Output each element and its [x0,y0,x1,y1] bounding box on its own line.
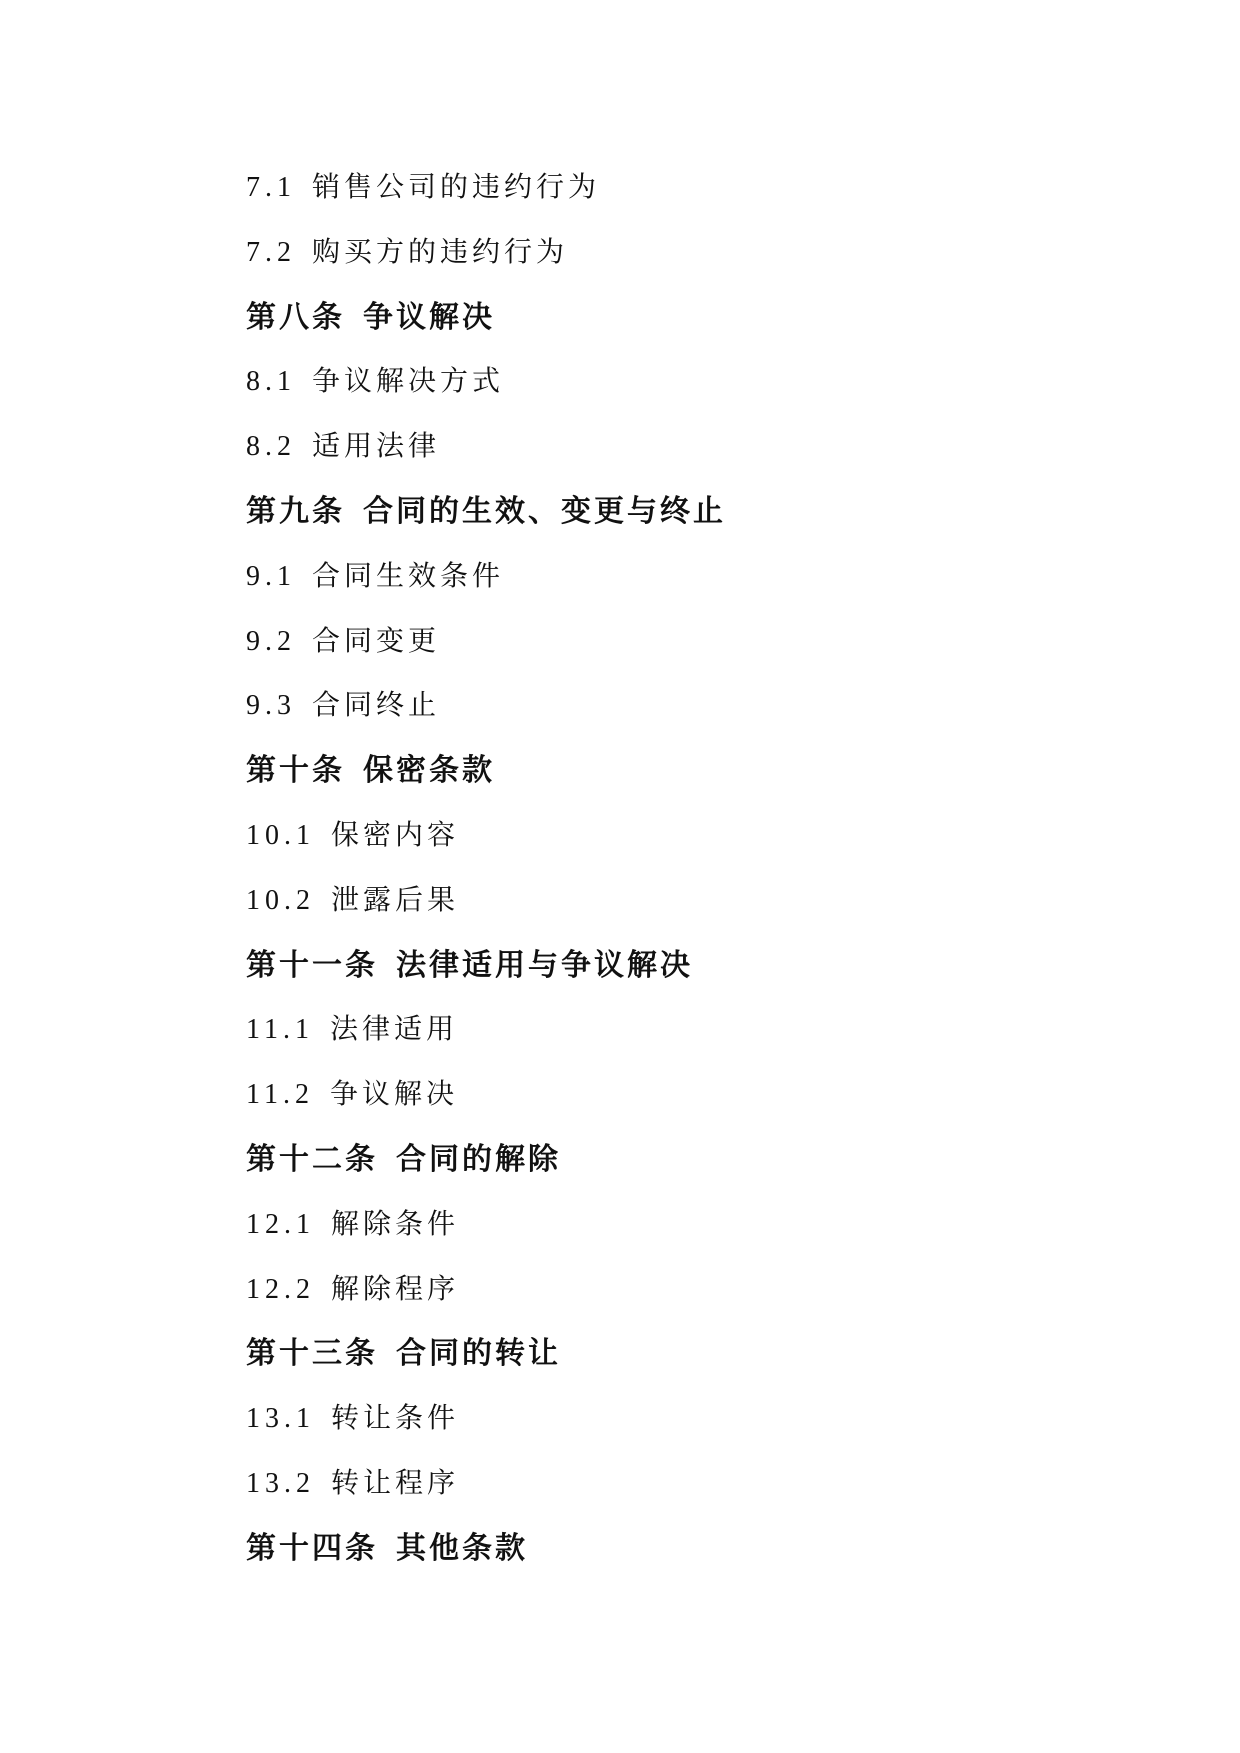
toc-item-title: 适用法律 [312,431,440,462]
toc-heading-number: 第九条 [246,495,345,528]
toc-item-number: 10.2 [246,885,315,916]
toc-heading-number: 第十二条 [246,1143,378,1176]
toc-heading-number: 第十三条 [246,1337,378,1370]
table-of-contents: 7.1销售公司的违约行为 7.2购买方的违约行为 第八条争议解决 8.1争议解决… [246,156,1180,1582]
toc-item: 9.3合同终止 [246,674,1180,739]
toc-item: 8.2适用法律 [246,415,1180,480]
toc-heading-title: 合同的解除 [396,1143,561,1176]
toc-item-number: 7.1 [246,172,296,203]
toc-item-title: 泄露后果 [331,885,459,916]
toc-item: 12.2解除程序 [246,1258,1180,1323]
toc-item-title: 保密内容 [331,820,459,851]
toc-section-heading: 第九条合同的生效、变更与终止 [246,480,1180,545]
toc-heading-title: 争议解决 [363,301,495,334]
toc-item-title: 购买方的违约行为 [312,237,568,268]
toc-item: 13.2转让程序 [246,1452,1180,1517]
toc-section-heading: 第十二条合同的解除 [246,1128,1180,1193]
toc-item-number: 7.2 [246,237,296,268]
toc-item-title: 转让程序 [331,1468,459,1499]
toc-item-title: 争议解决方式 [312,366,504,397]
toc-item: 9.2合同变更 [246,610,1180,675]
toc-heading-number: 第八条 [246,301,345,334]
toc-section-heading: 第十条保密条款 [246,739,1180,804]
toc-heading-title: 保密条款 [363,754,495,787]
toc-item-title: 转让条件 [331,1403,459,1434]
toc-heading-title: 合同的转让 [396,1337,561,1370]
toc-item: 11.1法律适用 [246,998,1180,1063]
toc-item-title: 解除条件 [331,1209,459,1240]
toc-heading-title: 法律适用与争议解决 [396,949,693,982]
toc-item-title: 合同生效条件 [312,561,504,592]
toc-heading-number: 第十条 [246,754,345,787]
toc-item-title: 销售公司的违约行为 [312,172,600,203]
toc-item-title: 法律适用 [330,1014,458,1045]
toc-item: 12.1解除条件 [246,1193,1180,1258]
toc-item: 7.2购买方的违约行为 [246,221,1180,286]
toc-heading-title: 合同的生效、变更与终止 [363,495,726,528]
document-page: 7.1销售公司的违约行为 7.2购买方的违约行为 第八条争议解决 8.1争议解决… [0,0,1240,1753]
toc-item-title: 争议解决 [330,1079,458,1110]
toc-item: 8.1争议解决方式 [246,350,1180,415]
toc-heading-number: 第十四条 [246,1532,378,1565]
toc-item-number: 9.1 [246,561,296,592]
toc-item-number: 9.3 [246,690,296,721]
toc-item-title: 解除程序 [331,1274,459,1305]
toc-item-title: 合同终止 [312,690,440,721]
toc-section-heading: 第十一条法律适用与争议解决 [246,934,1180,999]
toc-heading-number: 第十一条 [246,949,378,982]
toc-section-heading: 第十四条其他条款 [246,1517,1180,1582]
toc-item: 9.1合同生效条件 [246,545,1180,610]
toc-item: 10.2泄露后果 [246,869,1180,934]
toc-item-number: 12.1 [246,1209,315,1240]
toc-item: 7.1销售公司的违约行为 [246,156,1180,221]
toc-heading-title: 其他条款 [396,1532,528,1565]
toc-item-number: 13.2 [246,1468,315,1499]
toc-item-number: 10.1 [246,820,315,851]
toc-item-number: 12.2 [246,1274,315,1305]
toc-item: 10.1保密内容 [246,804,1180,869]
toc-item: 13.1转让条件 [246,1387,1180,1452]
toc-section-heading: 第八条争议解决 [246,286,1180,351]
toc-item-title: 合同变更 [312,626,440,657]
toc-item-number: 8.2 [246,431,296,462]
toc-item-number: 9.2 [246,626,296,657]
toc-item-number: 13.1 [246,1403,315,1434]
toc-item-number: 11.1 [246,1014,314,1045]
toc-section-heading: 第十三条合同的转让 [246,1322,1180,1387]
toc-item-number: 8.1 [246,366,296,397]
toc-item-number: 11.2 [246,1079,314,1110]
toc-item: 11.2争议解决 [246,1063,1180,1128]
